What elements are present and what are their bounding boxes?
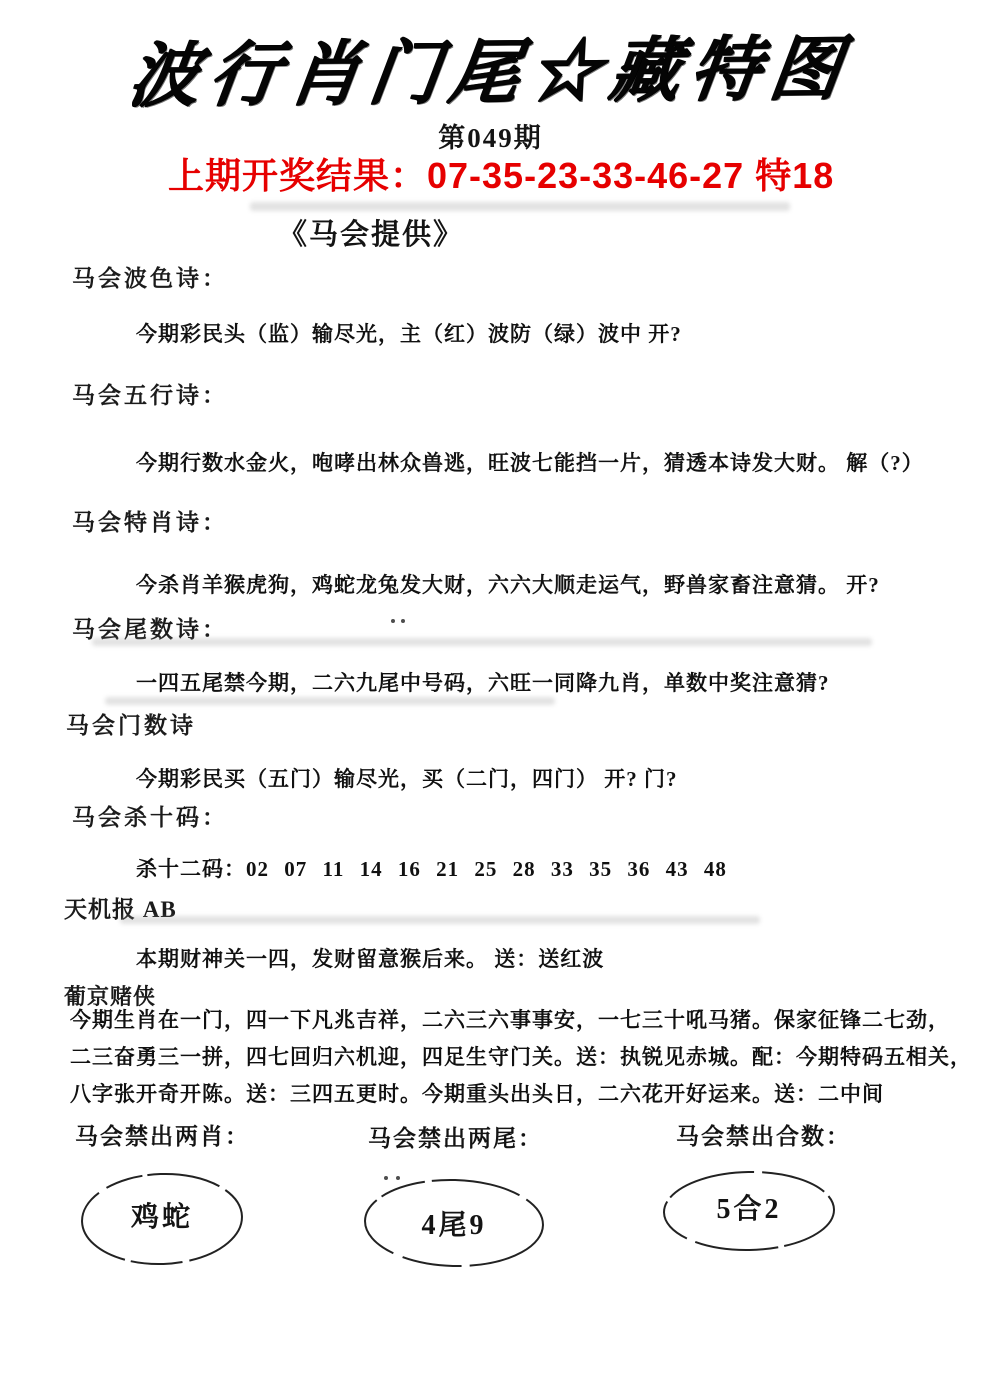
tianji-report-line: 本期财神关一四，发财留意猴后来。 送：送红波: [136, 943, 604, 973]
forbidden-tail-label: 马会禁出两尾：: [368, 1120, 543, 1153]
pujing-line-2: 二三奋勇三一拼，四七回归六机迎，四足生守门关。送：执锐见赤城。配：今期特码五相关…: [70, 1041, 972, 1071]
pujing-line-1: 今期生肖在一门，四一下凡兆吉祥，二六三六事事安，一七三十吼马猪。保家征锋二七劲，: [70, 1004, 950, 1034]
forbidden-zodiac-oval: 鸡蛇: [78, 1170, 246, 1268]
pujing-line-3: 八字张开奇开陈。送：三四五更时。今期重头出头日，二六花开好运来。送：二中间: [70, 1078, 884, 1108]
section-heading-special-zodiac: 马会特肖诗：: [72, 504, 228, 537]
forbidden-sum-oval: 5合2: [660, 1168, 838, 1254]
poem-gate-number: 今期彩民买（五门）输尽光，买（二门，四门） 开? 门?: [136, 763, 678, 793]
forbidden-sum-label: 马会禁出合数：: [676, 1118, 851, 1151]
last-draw-result: 上期开奖结果：07-35-23-33-46-27 特18: [168, 148, 834, 199]
provider-note: 《马会提供》: [278, 212, 464, 253]
poem-tail-number: 一四五尾禁今期，二六九尾中号码，六旺一同降九肖，单数中奖注意猜?: [136, 667, 830, 697]
print-smudge: [105, 697, 555, 705]
section-heading-five-elements: 马会五行诗：: [72, 377, 228, 410]
lottery-tip-sheet: 波行肖门尾☆藏特图 第049期 上期开奖结果：07-35-23-33-46-27…: [0, 0, 981, 1388]
section-heading-gate-number: 马会门数诗: [66, 707, 196, 740]
poem-five-elements: 今期行数水金火，咆哮出林众兽逃，旺波七能挡一片，猜透本诗发大财。 解（?）: [136, 447, 924, 477]
print-dots: [391, 619, 395, 623]
forbidden-sum-value: 5合2: [660, 1168, 838, 1246]
print-dots: [401, 619, 405, 623]
forbidden-zodiac-label: 马会禁出两肖：: [75, 1118, 250, 1151]
print-smudge: [250, 202, 790, 211]
masthead-title: 波行肖门尾☆藏特图: [0, 11, 981, 122]
forbidden-tail-value: 4尾9: [360, 1176, 548, 1270]
forbidden-tail-oval: 4尾9: [360, 1176, 548, 1270]
print-smudge: [92, 638, 872, 646]
kill-codes-line: 杀十二码：02 07 11 14 16 21 25 28 33 35 36 43…: [136, 853, 727, 883]
poem-wave-color: 今期彩民头（监）输尽光，主（红）波防（绿）波中 开?: [136, 318, 682, 348]
forbidden-zodiac-value: 鸡蛇: [78, 1170, 246, 1260]
poem-special-zodiac: 今杀肖羊猴虎狗，鸡蛇龙兔发大财，六六大顺走运气，野兽家畜注意猜。 开?: [136, 569, 880, 599]
section-heading-kill-codes: 马会杀十码：: [72, 799, 228, 832]
section-heading-wave-color: 马会波色诗：: [72, 260, 228, 293]
print-smudge: [120, 916, 760, 924]
